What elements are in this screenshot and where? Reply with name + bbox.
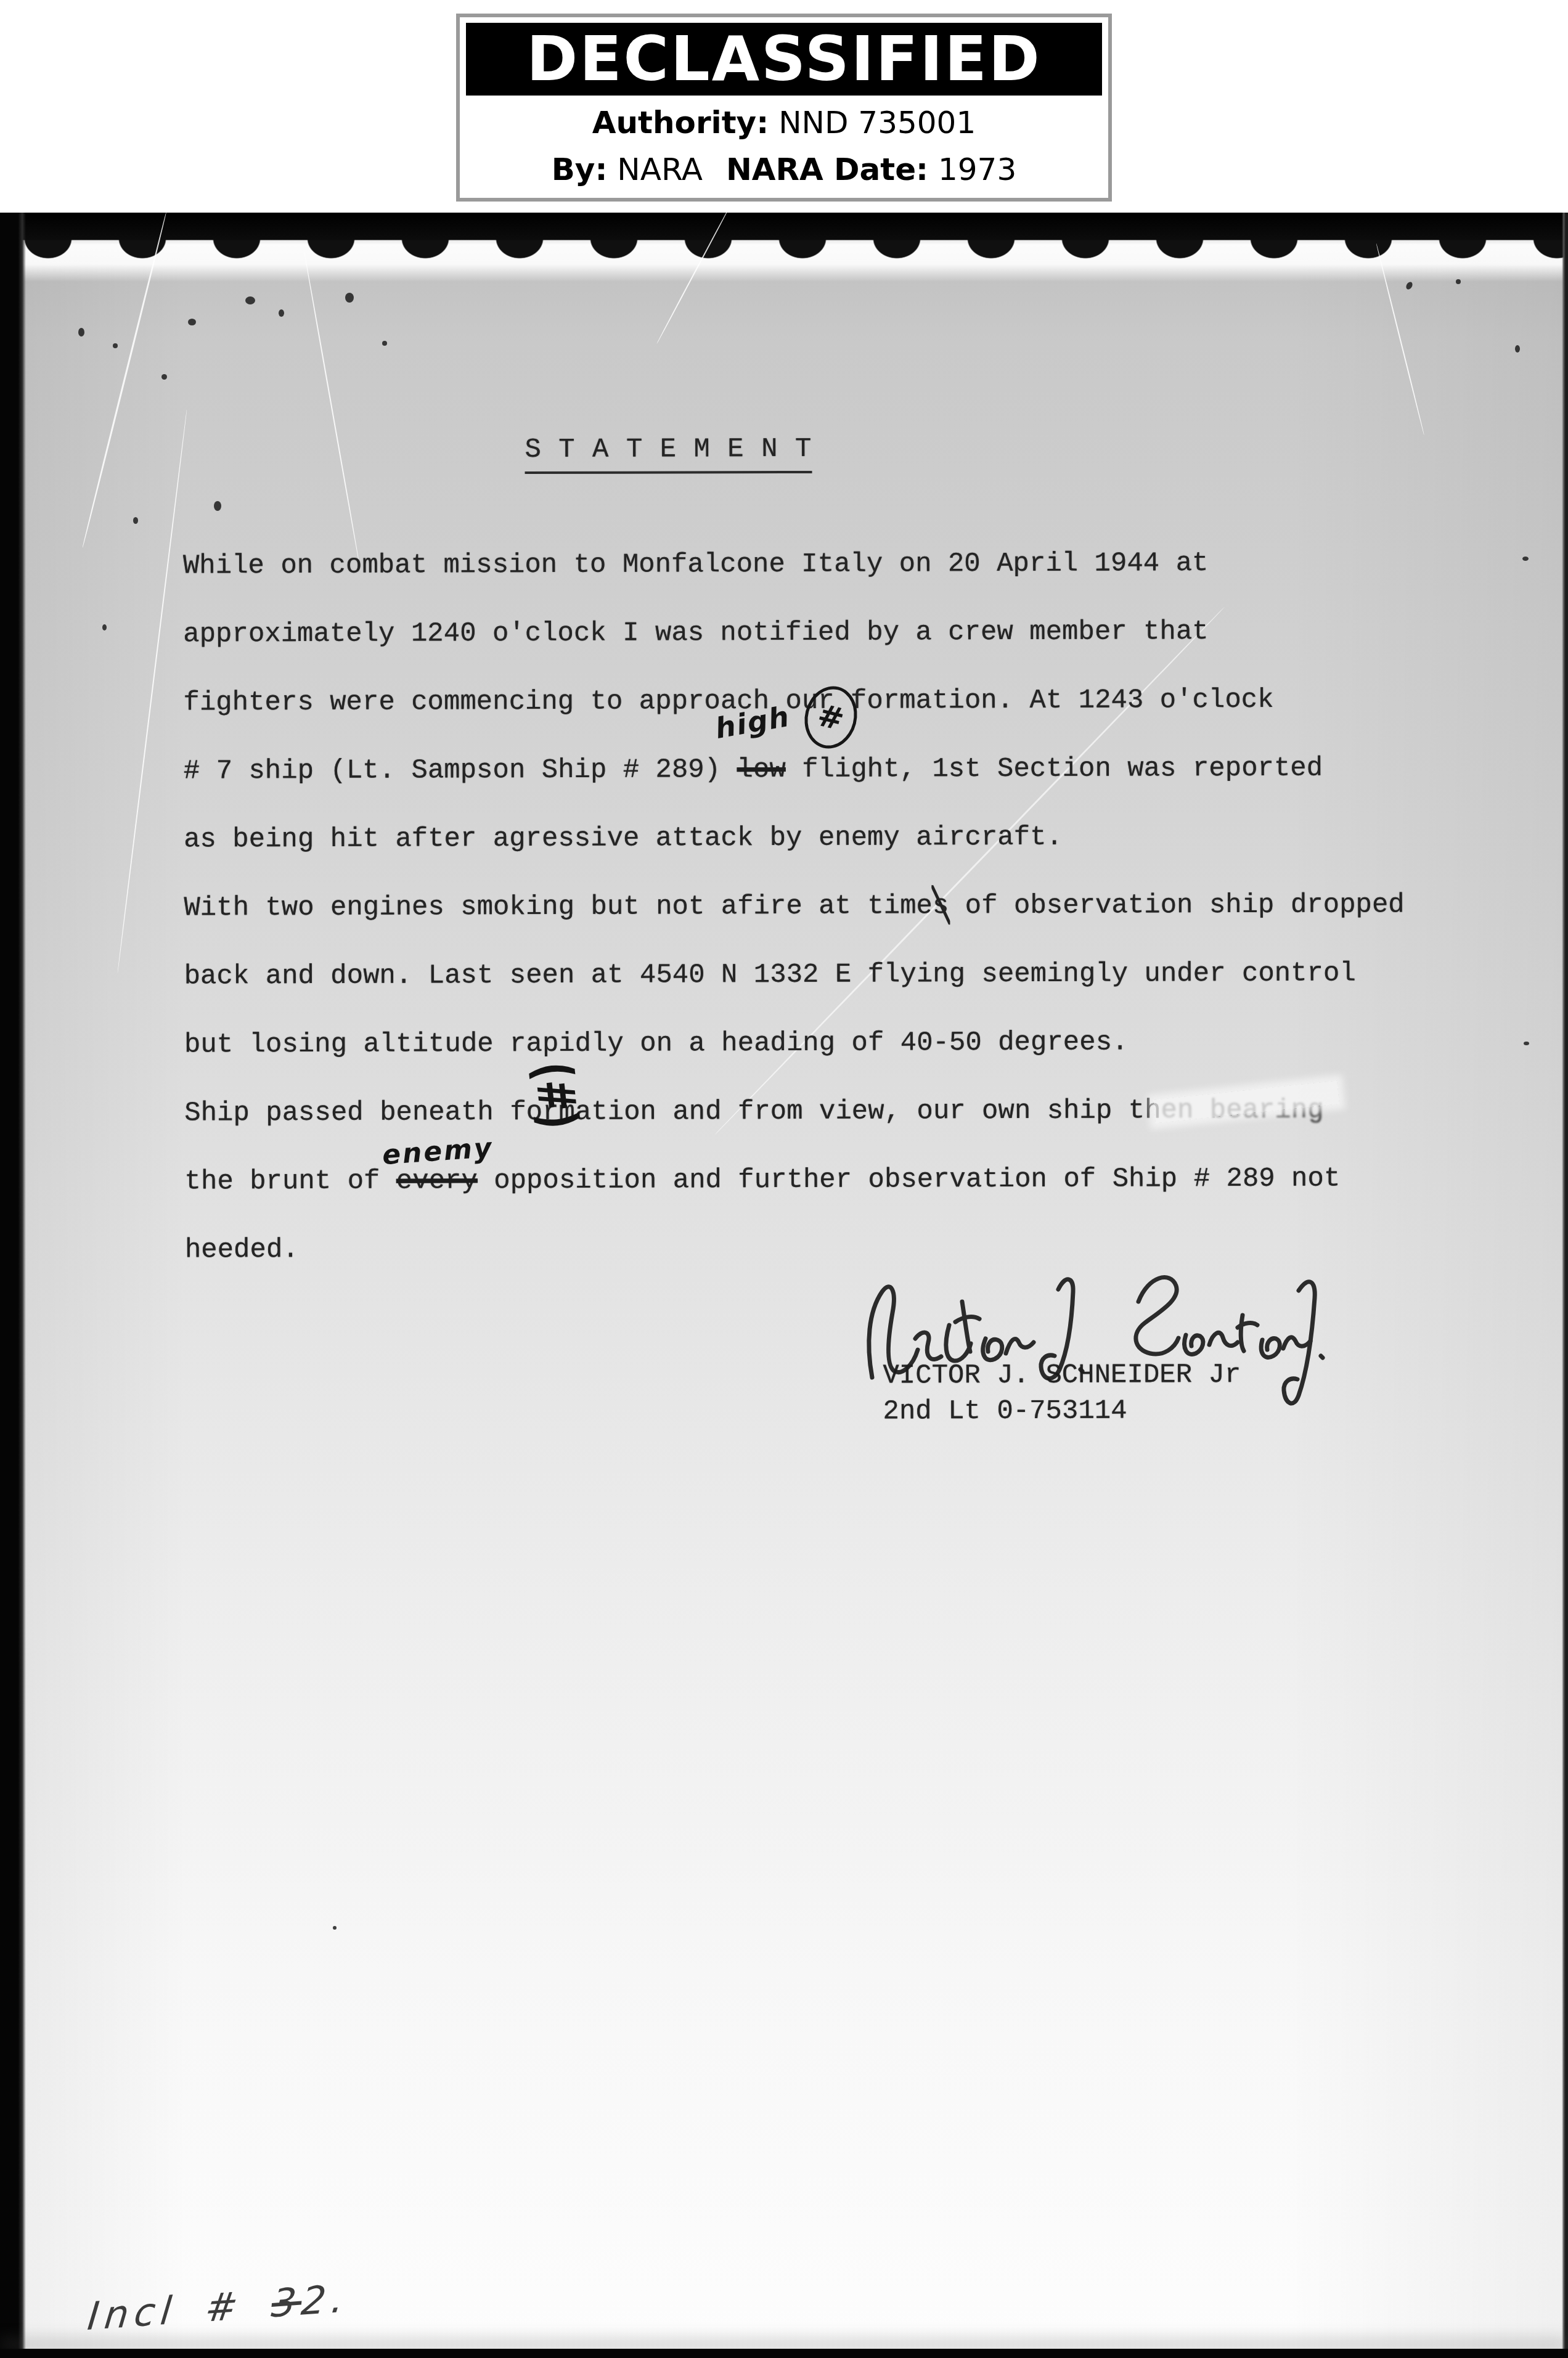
struck-word-low: low	[737, 754, 785, 785]
line6-pre: With two engines smoking but not afire a…	[184, 891, 933, 923]
body-line: # 7 ship (Lt. Sampson Ship # 289) low fl…	[184, 753, 1323, 788]
body-line: the brunt of every opposition and furthe…	[184, 1163, 1340, 1198]
by-value: NARA	[617, 152, 703, 187]
body-line: back and down. Last seen at 4540 N 1332 …	[184, 958, 1356, 993]
body-line: as being hit after agressive attack by e…	[184, 822, 1063, 856]
declassified-stamp: DECLASSIFIED Authority: NND 735001 By: N…	[456, 14, 1112, 202]
note-struck-digit: 3	[269, 2278, 304, 2326]
slashed-letter: s	[933, 890, 949, 922]
statement-heading: S T A T E M E N T	[525, 433, 812, 474]
line4-post: flight, 1st Section was reported	[786, 753, 1323, 785]
body-line: but losing altitude rapidly on a heading…	[184, 1027, 1129, 1061]
by-label: By:	[552, 152, 608, 187]
body-line: With two engines smoking but not afire a…	[184, 889, 1404, 924]
line9-pre: Ship passed beneath formation and from v…	[184, 1095, 1161, 1128]
date-value: 1973	[938, 152, 1016, 187]
line10-pre: the brunt of	[184, 1166, 396, 1197]
scanned-document-page: DECLASSIFIED Authority: NND 735001 By: N…	[0, 0, 1568, 2358]
authority-value: NND 735001	[778, 105, 976, 141]
line10-post: opposition and further observation of Sh…	[478, 1164, 1341, 1197]
note-post: 2.	[300, 2275, 352, 2324]
body-line: heeded.	[185, 1234, 299, 1266]
paper-scan: S T A T E M E N T While on combat missio…	[0, 213, 1568, 2358]
body-line: While on combat mission to Monfalcone It…	[183, 547, 1209, 582]
struck-word-every: every	[396, 1165, 478, 1196]
body-line: approximately 1240 o'clock I was notifie…	[183, 616, 1209, 650]
pen-scribble-mark: (#)	[523, 1059, 590, 1132]
authority-label: Authority:	[592, 105, 769, 141]
signature-script	[854, 1263, 1334, 1418]
line4-pre: # 7 ship (Lt. Sampson Ship # 289)	[184, 754, 737, 786]
authority-line: Authority: NND 735001	[466, 103, 1102, 142]
line6-post: of observation ship dropped	[949, 889, 1404, 921]
by-date-line: By: NARANARA Date: 1973	[466, 150, 1102, 189]
date-label: NARA Date:	[726, 152, 928, 187]
declassified-title: DECLASSIFIED	[466, 23, 1102, 96]
